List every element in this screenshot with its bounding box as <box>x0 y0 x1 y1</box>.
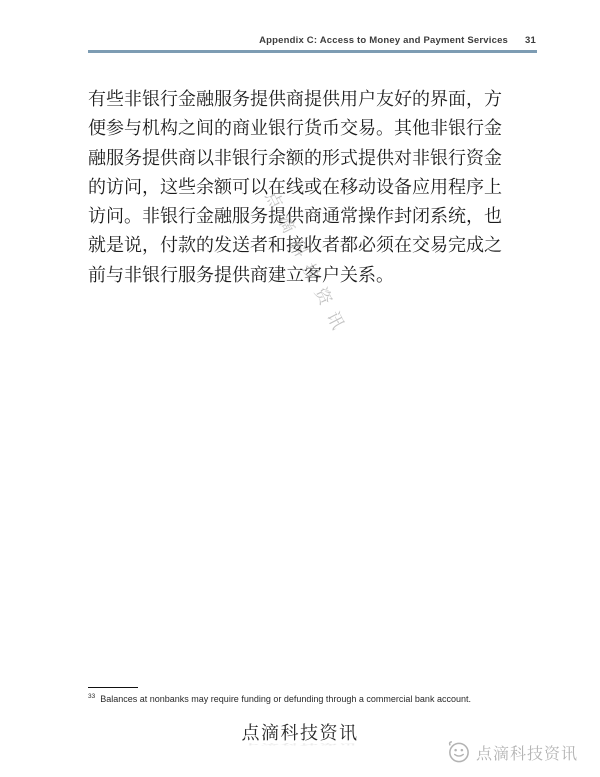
paragraph-line: 的访问，这些余额可以在线或在移动设备应用程序上 <box>88 173 520 202</box>
paragraph-line: 融服务提供商以非银行余额的形式提供对非银行资金 <box>88 144 520 173</box>
paragraph-line: 有些非银行金融服务提供商提供用户友好的界面，方 <box>88 85 520 114</box>
footnote-text: Balances at nonbanks may require funding… <box>100 694 471 704</box>
footnote-marker: 33 <box>88 693 95 700</box>
corner-logo-text: 点滴科技资讯 <box>476 741 578 764</box>
footnote-divider <box>88 687 138 688</box>
header-title: Appendix C: Access to Money and Payment … <box>259 35 508 46</box>
page-number: 31 <box>525 35 536 46</box>
corner-brand-logo: 点滴科技资讯 <box>446 740 578 765</box>
footnote: 33Balances at nonbanks may require fundi… <box>88 693 518 704</box>
document-page: Appendix C: Access to Money and Payment … <box>0 0 600 777</box>
smiley-drop-logo-icon <box>446 740 471 765</box>
paragraph-line: 便参与机构之间的商业银行货币交易。其他非银行金 <box>88 114 520 143</box>
page-header: Appendix C: Access to Money and Payment … <box>88 35 536 46</box>
header-divider <box>88 50 537 53</box>
